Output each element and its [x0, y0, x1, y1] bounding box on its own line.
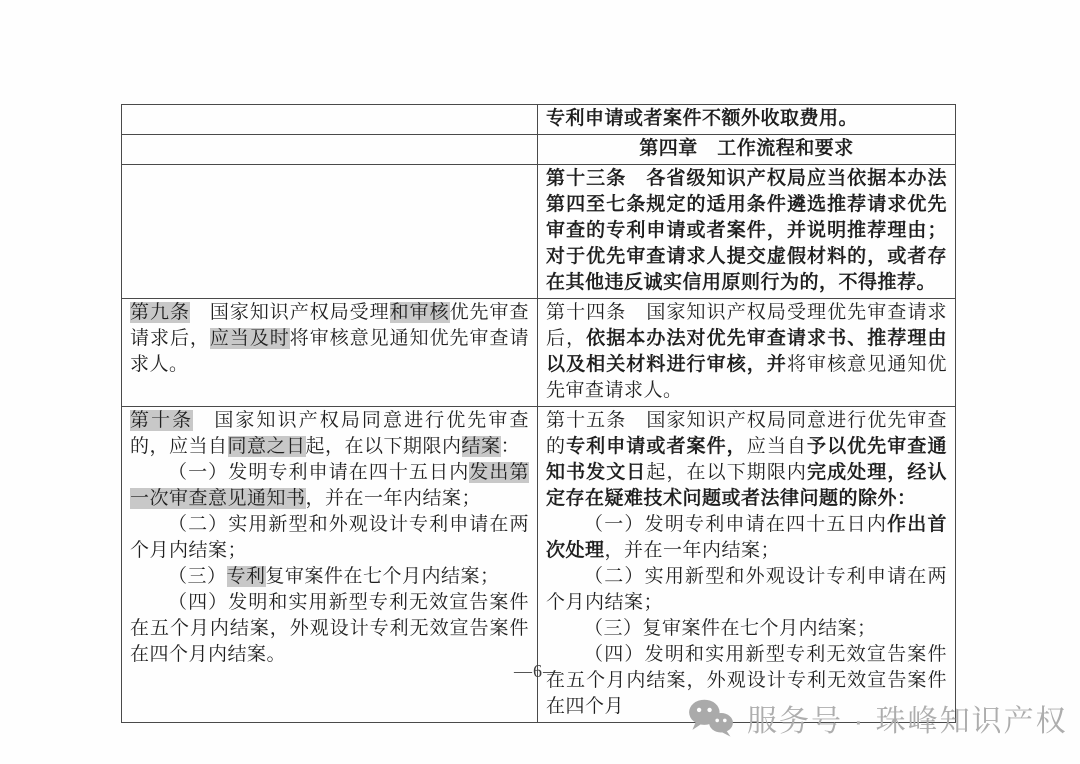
text-run: 专利	[227, 566, 266, 587]
watermark-text: 服务号 · 珠峰知识产权	[747, 696, 1068, 740]
text-run: ：	[501, 436, 521, 457]
left-cell	[122, 165, 538, 299]
text-run: 结案	[462, 436, 501, 457]
right-cell: 第十三条 各省级知识产权局应当依据本办法第四至七条规定的适用条件遴选推荐请求优先…	[538, 165, 956, 299]
paragraph: 第十五条 国家知识产权局同意进行优先审查的专利申请或者案件，应当自予以优先审查通…	[546, 408, 947, 512]
text-run: ，并在一年内结案；	[605, 540, 781, 561]
paragraph: （一）发明专利申请在四十五日内作出首次处理，并在一年内结案；	[546, 512, 947, 564]
paragraph: （二）实用新型和外观设计专利申请在两个月内结案；	[546, 564, 947, 616]
paragraph: 第九条 国家知识产权局受理和审核优先审查请求后，应当及时将审核意见通知优先审查请…	[130, 300, 529, 378]
text-run: 国家知识产权局受理	[190, 302, 390, 323]
left-cell: 第九条 国家知识产权局受理和审核优先审查请求后，应当及时将审核意见通知优先审查请…	[122, 299, 538, 407]
text-run: 第九条	[130, 302, 190, 323]
left-cell	[122, 105, 538, 135]
table-row: 第十三条 各省级知识产权局应当依据本办法第四至七条规定的适用条件遴选推荐请求优先…	[122, 165, 956, 299]
table-row: 第九条 国家知识产权局受理和审核优先审查请求后，应当及时将审核意见通知优先审查请…	[122, 299, 956, 407]
paragraph: （三）复审案件在七个月内结案；	[546, 616, 947, 642]
text-run: （四）发明和实用新型专利无效宣告案件在五个月内结案，外观设计专利无效宣告案件在四…	[130, 592, 529, 665]
right-cell: 专利申请或者案件不额外收取费用。	[538, 105, 956, 135]
paragraph: （二）实用新型和外观设计专利申请在两个月内结案；	[130, 512, 529, 564]
comparison-table-body: 专利申请或者案件不额外收取费用。第四章 工作流程和要求第十三条 各省级知识产权局…	[122, 105, 956, 723]
text-run: （三）复审案件在七个月内结案；	[584, 618, 877, 639]
text-run: 第十三条 各省级知识产权局应当依据本办法第四至七条规定的适用条件遴选推荐请求优先…	[546, 168, 947, 293]
text-run: 应当及时	[210, 328, 290, 349]
text-run: 同意之日	[228, 436, 306, 457]
paragraph: 第十三条 各省级知识产权局应当依据本办法第四至七条规定的适用条件遴选推荐请求优先…	[546, 166, 947, 296]
text-run: 复审案件在七个月内结案；	[266, 566, 500, 587]
text-run: 专利申请或者案件不额外收取费用。	[546, 108, 858, 129]
text-run: （二）实用新型和外观设计专利申请在两个月内结案；	[546, 566, 947, 613]
table-row: 第四章 工作流程和要求	[122, 135, 956, 165]
right-cell: 第四章 工作流程和要求	[538, 135, 956, 165]
left-cell	[122, 135, 538, 165]
paragraph: （一）发明专利申请在四十五日内发出第一次审查意见通知书，并在一年内结案；	[130, 460, 529, 512]
table-row: 专利申请或者案件不额外收取费用。	[122, 105, 956, 135]
paragraph: 第十条 国家知识产权局同意进行优先审查的，应当自同意之日起，在以下期限内结案：	[130, 408, 529, 460]
text-run: 第十条	[130, 410, 193, 431]
text-run: （一）发明专利申请在四十五日内	[584, 514, 887, 535]
paragraph: 第四章 工作流程和要求	[546, 136, 947, 162]
text-run: （三）	[168, 566, 227, 587]
paragraph: （三）专利复审案件在七个月内结案；	[130, 564, 529, 590]
page-number: —6—	[0, 661, 1076, 682]
right-cell: 第十四条 国家知识产权局受理优先审查请求后，依据本办法对优先审查请求书、推荐理由…	[538, 299, 956, 407]
text-run: （一）发明专利申请在四十五日内	[168, 462, 469, 483]
text-run: 和审核	[390, 302, 450, 323]
document-page: 专利申请或者案件不额外收取费用。第四章 工作流程和要求第十三条 各省级知识产权局…	[0, 0, 1080, 764]
comparison-table: 专利申请或者案件不额外收取费用。第四章 工作流程和要求第十三条 各省级知识产权局…	[121, 104, 956, 723]
paragraph: 第十四条 国家知识产权局受理优先审查请求后，依据本办法对优先审查请求书、推荐理由…	[546, 300, 947, 404]
text-run: 起，在以下期限内	[306, 436, 462, 457]
text-run: ，并在一年内结案；	[306, 488, 482, 509]
text-run: 起，在以下期限内	[646, 462, 807, 483]
watermark: 服务号 · 珠峰知识产权	[688, 696, 1068, 740]
text-run: 专利申请或者案件，	[566, 436, 747, 457]
text-run: （二）实用新型和外观设计专利申请在两个月内结案；	[130, 514, 529, 561]
text-run: 应当自	[747, 436, 807, 457]
text-run: 第四章 工作流程和要求	[639, 138, 854, 159]
paragraph: 专利申请或者案件不额外收取费用。	[546, 106, 947, 132]
wechat-icon	[688, 698, 734, 738]
paragraph: （四）发明和实用新型专利无效宣告案件在五个月内结案，外观设计专利无效宣告案件在四…	[130, 590, 529, 668]
